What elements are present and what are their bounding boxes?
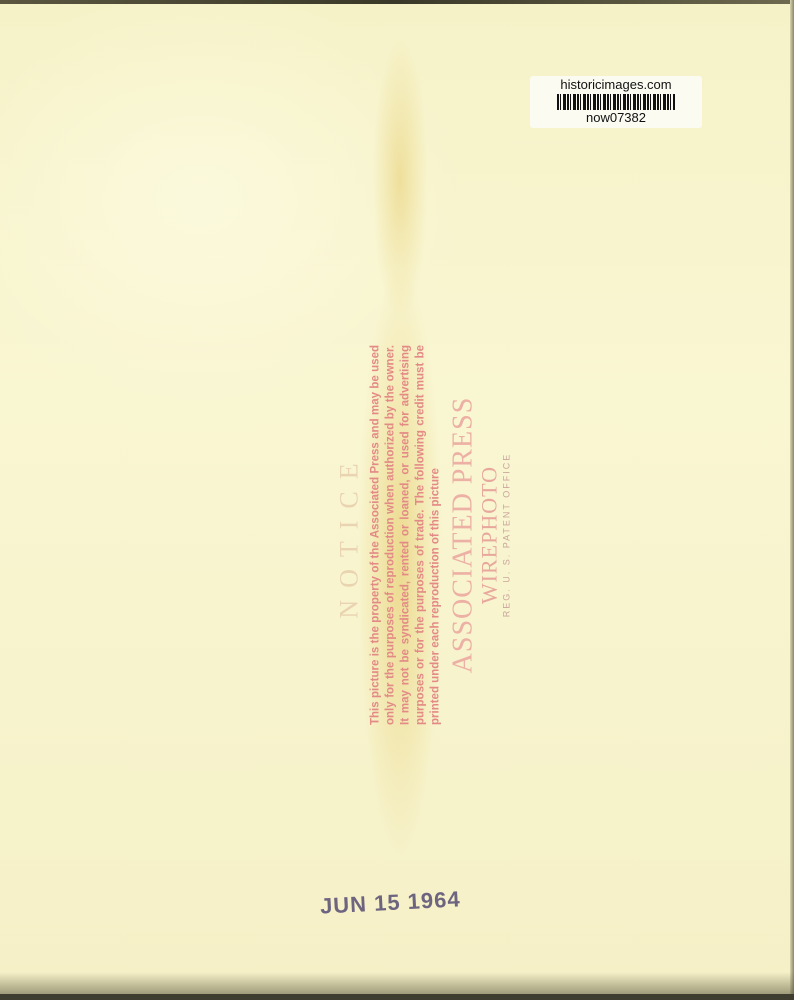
- bottom-edge: [0, 994, 794, 1000]
- notice-body: This picture is the property of the Asso…: [369, 345, 444, 725]
- right-edge: [790, 0, 794, 1000]
- label-code: now07382: [530, 110, 702, 125]
- ap-credit: ASSOCIATED PRESS: [450, 345, 478, 725]
- barcode-label: historicimages.com now07382: [530, 76, 702, 128]
- bottom-stain: [0, 972, 794, 994]
- wirephoto-credit: WIREPHOTO: [478, 345, 502, 725]
- label-site: historicimages.com: [530, 77, 702, 92]
- ap-notice-stamp: NOTICE This picture is the property of t…: [288, 350, 558, 720]
- top-edge: [0, 0, 794, 4]
- barcode-icon: [557, 94, 675, 110]
- notice-title: NOTICE: [335, 345, 365, 725]
- registration-text: REG. U. S. PATENT OFFICE: [502, 345, 512, 725]
